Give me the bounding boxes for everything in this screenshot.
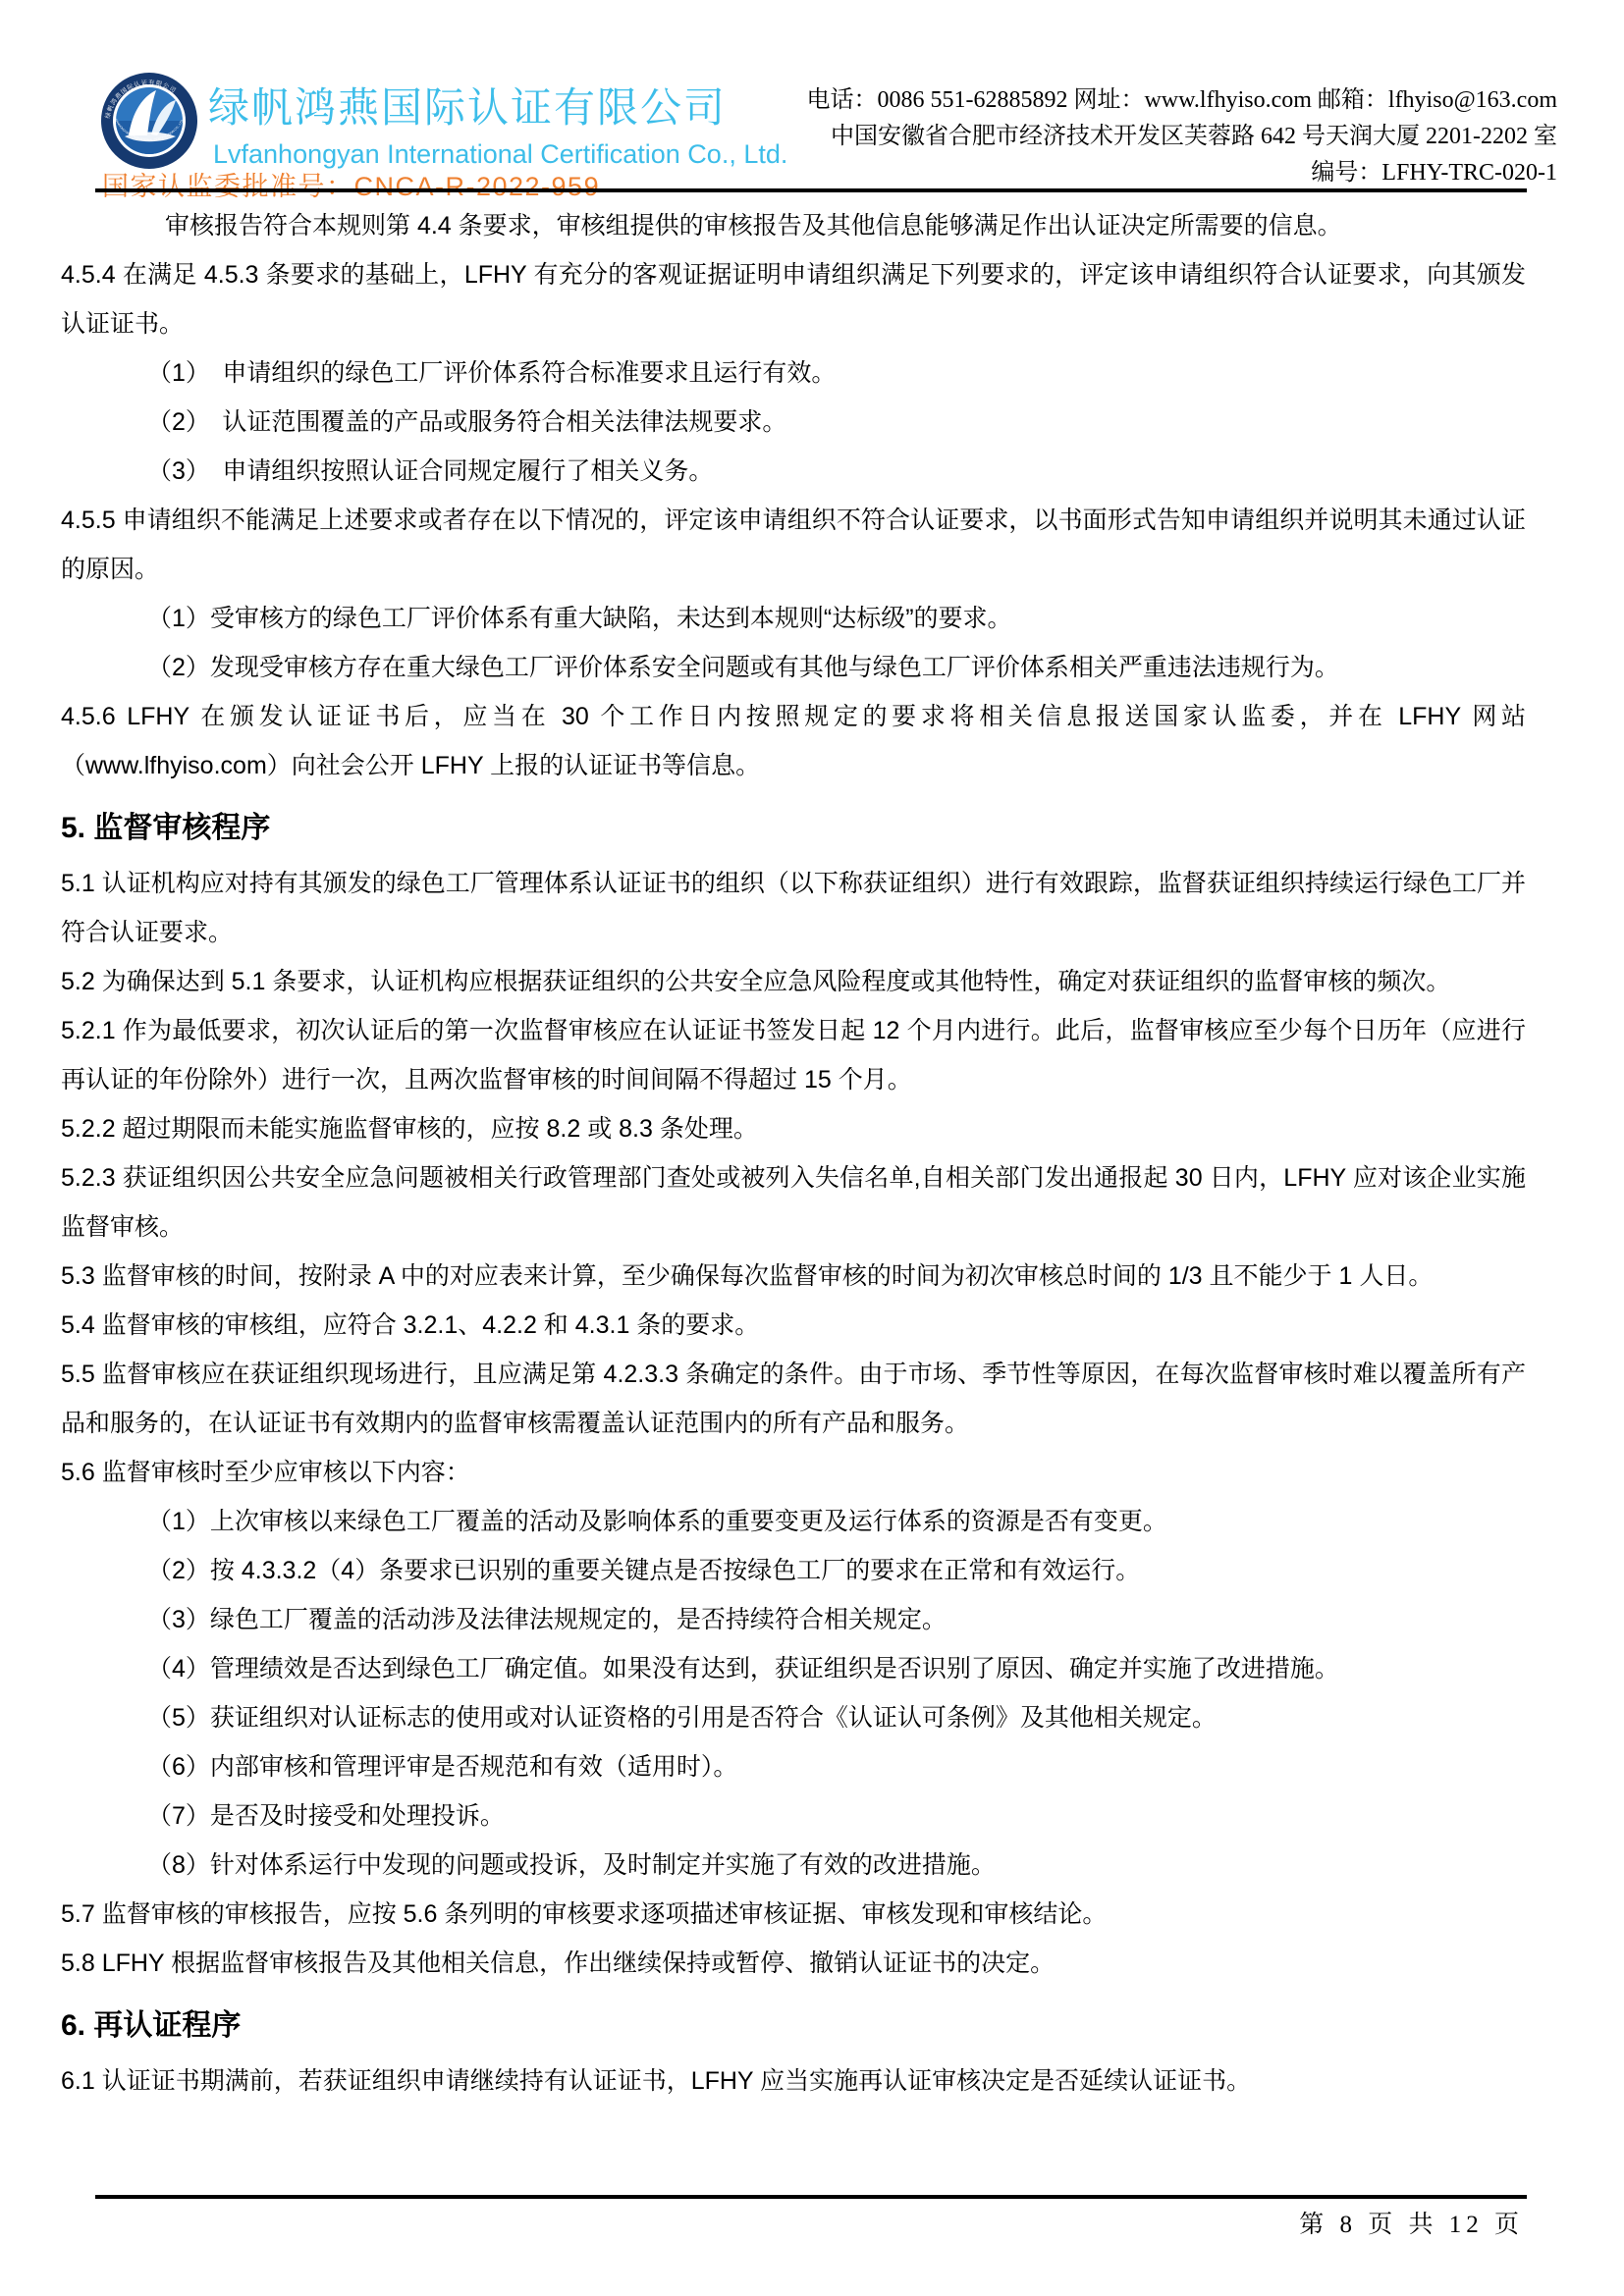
cnca-approval-number: 国家认监委批准号：CNCA-R-2022-959	[102, 172, 600, 201]
paragraph-5-2-3: 5.2.3 获证组织因公共安全应急问题被相关行政管理部门查处或被列入失信名单,自…	[61, 1153, 1526, 1252]
document-number: 编号：LFHY-TRC-020-1	[806, 155, 1557, 191]
header-divider-line	[95, 188, 1527, 192]
paragraph-5-5: 5.5 监督审核应在获证组织现场进行，且应满足第 4.2.3.3 条确定的条件。…	[61, 1350, 1526, 1448]
contact-line-address: 中国安徽省合肥市经济技术开发区芙蓉路 642 号天润大厦 2201-2202 室	[806, 119, 1557, 155]
contact-line-phone-web-email: 电话：0086 551-62885892 网址：www.lfhyiso.com …	[806, 82, 1557, 119]
document-page: 绿帆鸿燕国际认证有限公司 LVFANHONGYAN INTERNATIONAL …	[0, 0, 1624, 2296]
paragraph-4-5-4: 4.5.4 在满足 4.5.3 条要求的基础上，LFHY 有充分的客观证据证明申…	[61, 250, 1526, 348]
list-item: （3）绿色工厂覆盖的活动涉及法律法规规定的，是否持续符合相关规定。	[61, 1595, 1526, 1644]
header-contact-block: 电话：0086 551-62885892 网址：www.lfhyiso.com …	[806, 82, 1557, 191]
list-item: （2）发现受审核方存在重大绿色工厂评价体系安全问题或有其他与绿色工厂评价体系相关…	[61, 643, 1526, 692]
company-logo-icon: 绿帆鸿燕国际认证有限公司 LVFANHONGYAN INTERNATIONAL …	[100, 72, 198, 170]
list-item: （5）获证组织对认证标志的使用或对认证资格的引用是否符合《认证认可条例》及其他相…	[61, 1693, 1526, 1742]
list-item: （6）内部审核和管理评审是否规范和有效（适用时）。	[61, 1742, 1526, 1791]
paragraph-5-2-2: 5.2.2 超过期限而未能实施监督审核的，应按 8.2 或 8.3 条处理。	[61, 1104, 1526, 1153]
footer-divider-line	[95, 2195, 1527, 2199]
list-item: （8）针对体系运行中发现的问题或投诉，及时制定并实施了有效的改进措施。	[61, 1841, 1526, 1890]
document-body: 审核报告符合本规则第 4.4 条要求，审核组提供的审核报告及其他信息能够满足作出…	[61, 201, 1526, 2106]
list-item: （1）上次审核以来绿色工厂覆盖的活动及影响体系的重要变更及运行体系的资源是否有变…	[61, 1497, 1526, 1546]
paragraph-5-1: 5.1 认证机构应对持有其颁发的绿色工厂管理体系认证证书的组织（以下称获证组织）…	[61, 859, 1526, 957]
company-name-cn: 绿帆鸿燕国际认证有限公司	[208, 84, 727, 132]
paragraph-5-2: 5.2 为确保达到 5.1 条要求，认证机构应根据获证组织的公共安全应急风险程度…	[61, 957, 1526, 1006]
paragraph-5-7: 5.7 监督审核的审核报告，应按 5.6 条列明的审核要求逐项描述审核证据、审核…	[61, 1890, 1526, 1939]
section-heading-6: 6. 再认证程序	[61, 2000, 1526, 2053]
paragraph-5-6: 5.6 监督审核时至少应审核以下内容：	[61, 1448, 1526, 1497]
paragraph-5-3: 5.3 监督审核的时间，按附录 A 中的对应表来计算，至少确保每次监督审核的时间…	[61, 1252, 1526, 1301]
list-item: （2） 认证范围覆盖的产品或服务符合相关法律法规要求。	[61, 398, 1526, 447]
list-item: （7）是否及时接受和处理投诉。	[61, 1791, 1526, 1841]
paragraph-4-5-6: 4.5.6 LFHY 在颁发认证证书后，应当在 30 个工作日内按照规定的要求将…	[61, 692, 1526, 790]
paragraph-5-8: 5.8 LFHY 根据监督审核报告及其他相关信息，作出继续保持或暂停、撤销认证证…	[61, 1939, 1526, 1988]
section-heading-5: 5. 监督审核程序	[61, 802, 1526, 855]
paragraph-4-5-5: 4.5.5 申请组织不能满足上述要求或者存在以下情况的，评定该申请组织不符合认证…	[61, 496, 1526, 594]
list-item: （4）管理绩效是否达到绿色工厂确定值。如果没有达到，获证组织是否识别了原因、确定…	[61, 1644, 1526, 1693]
list-item: （1） 申请组织的绿色工厂评价体系符合标准要求且运行有效。	[61, 348, 1526, 398]
paragraph-6-1: 6.1 认证证书期满前，若获证组织申请继续持有认证证书，LFHY 应当实施再认证…	[61, 2056, 1526, 2106]
page-number: 第 8 页 共 12 页	[1299, 2205, 1524, 2240]
paragraph-5-2-1: 5.2.1 作为最低要求，初次认证后的第一次监督审核应在认证证书签发日起 12 …	[61, 1006, 1526, 1104]
company-name-en: Lvfanhongyan International Certification…	[213, 138, 787, 170]
list-item: （2）按 4.3.3.2（4）条要求已识别的重要关键点是否按绿色工厂的要求在正常…	[61, 1546, 1526, 1595]
paragraph: 审核报告符合本规则第 4.4 条要求，审核组提供的审核报告及其他信息能够满足作出…	[61, 201, 1526, 250]
list-item: （1）受审核方的绿色工厂评价体系有重大缺陷，未达到本规则“达标级”的要求。	[61, 594, 1526, 643]
paragraph-5-4: 5.4 监督审核的审核组，应符合 3.2.1、4.2.2 和 4.3.1 条的要…	[61, 1301, 1526, 1350]
list-item: （3） 申请组织按照认证合同规定履行了相关义务。	[61, 447, 1526, 496]
